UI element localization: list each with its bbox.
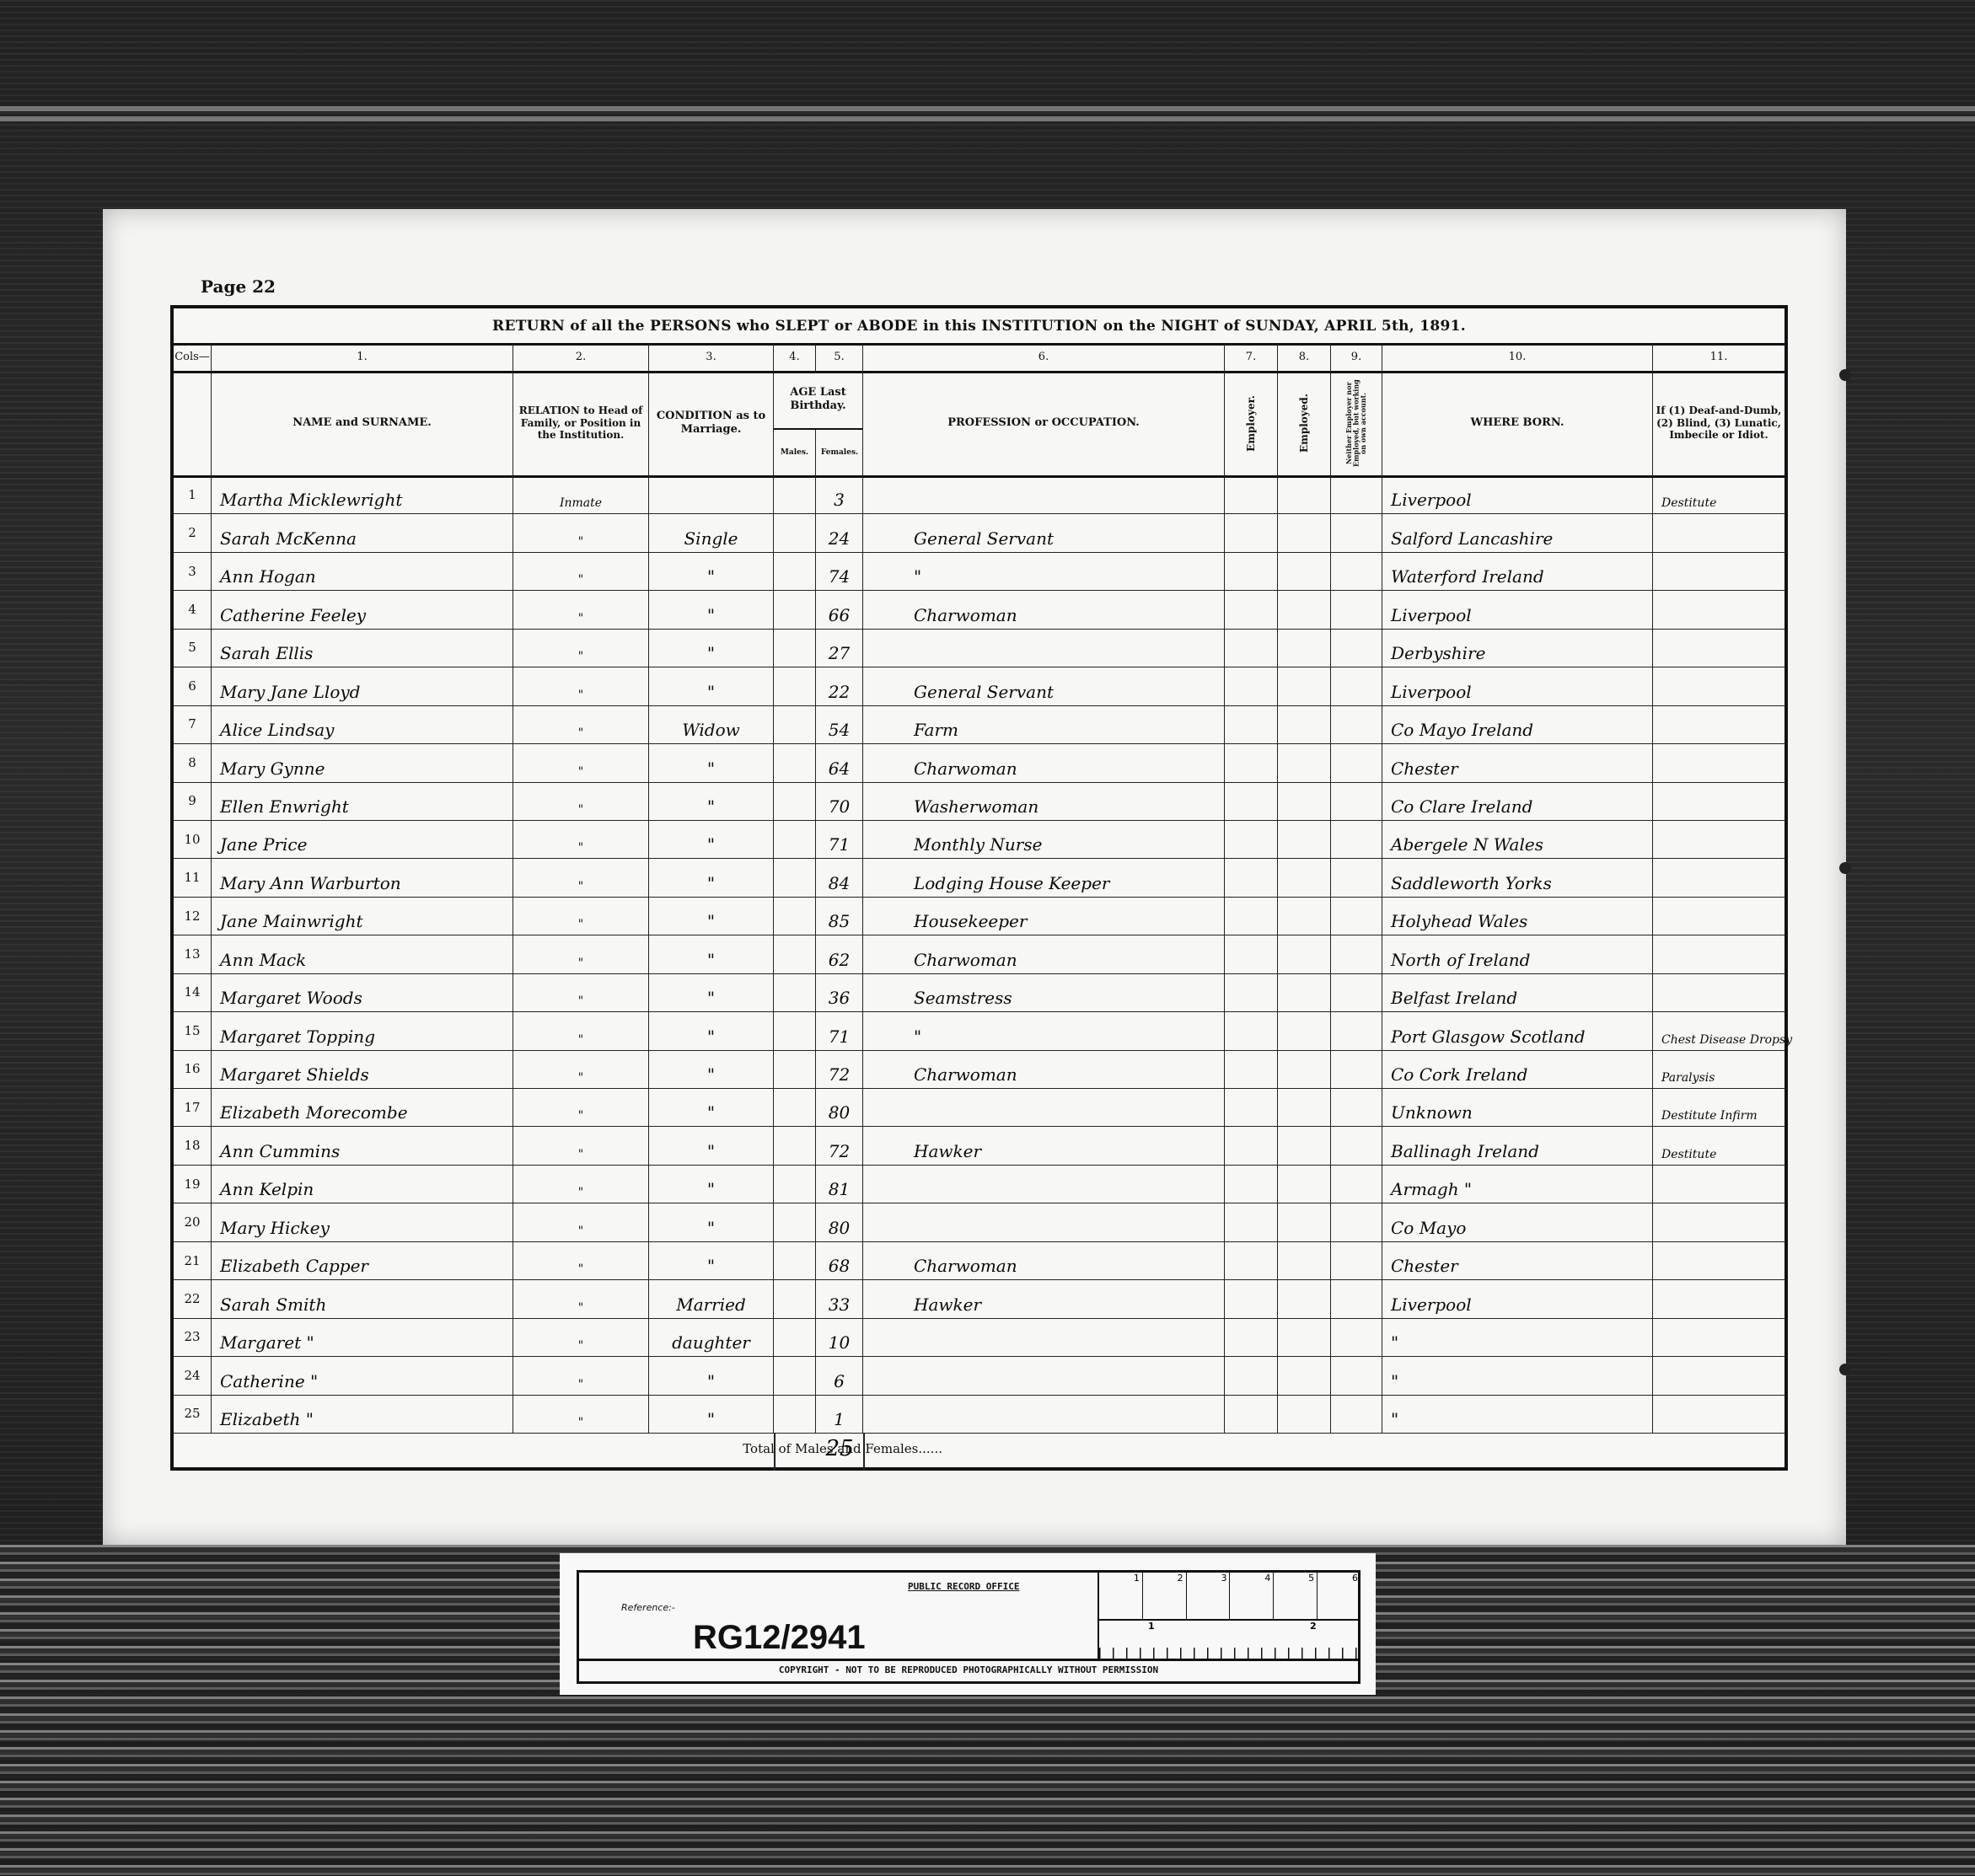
female-age: 74 bbox=[816, 552, 862, 590]
where-born: Co Mayo bbox=[1382, 1203, 1652, 1241]
occupation-cell: General Servant bbox=[863, 513, 1225, 551]
infirmity: Destitute bbox=[1653, 475, 1784, 513]
row-number: 11 bbox=[174, 858, 211, 896]
employed-cell-cell bbox=[1278, 1241, 1331, 1279]
header-infirmity: If (1) Deaf-and-Dumb, (2) Blind, (3) Lun… bbox=[1653, 371, 1784, 475]
condition: " bbox=[649, 667, 773, 705]
infirmity bbox=[1653, 1241, 1784, 1279]
person-name-cell: Martha Micklewright bbox=[212, 475, 513, 513]
employer-cell-cell bbox=[1225, 1395, 1278, 1433]
male-age bbox=[774, 1279, 815, 1317]
row-number: 18 bbox=[174, 1126, 211, 1164]
row-number-cell: 19 bbox=[174, 1165, 212, 1203]
person-name-cell: Jane Mainwright bbox=[212, 897, 513, 935]
male-age bbox=[774, 743, 815, 781]
table-row: 19Ann Kelpin""81Armagh " bbox=[174, 1165, 1784, 1203]
employed-cell-cell bbox=[1278, 1356, 1331, 1394]
employed-cell-cell bbox=[1278, 1088, 1331, 1126]
where-born-cell: Unknown bbox=[1382, 1088, 1653, 1126]
female-age: 27 bbox=[816, 629, 862, 667]
employer-cell-cell bbox=[1225, 935, 1278, 973]
person-name-cell: Margaret " bbox=[212, 1318, 513, 1356]
occupation: Hawker bbox=[863, 1279, 1224, 1317]
person-name: Mary Hickey bbox=[212, 1203, 513, 1241]
table-row: 23Margaret ""daughter10" bbox=[174, 1318, 1784, 1357]
row-number: 10 bbox=[174, 820, 211, 858]
where-born-cell: " bbox=[1382, 1356, 1653, 1394]
relation: " bbox=[513, 820, 648, 858]
infirmity bbox=[1653, 1356, 1784, 1394]
relation: " bbox=[513, 1165, 648, 1203]
where-born: Holyhead Wales bbox=[1382, 897, 1652, 935]
male-age bbox=[774, 782, 815, 820]
office-label: PUBLIC RECORD OFFICE bbox=[908, 1581, 1019, 1592]
person-name-cell: Elizabeth Morecombe bbox=[212, 1088, 513, 1126]
row-number-cell: 4 bbox=[174, 590, 212, 628]
male-age-cell bbox=[774, 1126, 816, 1164]
person-name-cell: Ann Kelpin bbox=[212, 1165, 513, 1203]
row-number-cell: 11 bbox=[174, 858, 212, 896]
relation: " bbox=[513, 1203, 648, 1241]
occupation bbox=[863, 1088, 1224, 1126]
person-name: Sarah McKenna bbox=[212, 513, 513, 551]
occupation-cell: Housekeeper bbox=[863, 897, 1225, 935]
table-row: 3Ann Hogan""74"Waterford Ireland bbox=[174, 552, 1784, 591]
row-number: 2 bbox=[174, 513, 211, 551]
female-age-cell: 1 bbox=[816, 1395, 863, 1433]
female-age: 72 bbox=[816, 1126, 862, 1164]
relation: " bbox=[513, 1395, 648, 1433]
female-age: 71 bbox=[816, 1011, 862, 1049]
infirmity bbox=[1653, 667, 1784, 705]
occupation: Seamstress bbox=[863, 973, 1224, 1011]
male-age bbox=[774, 667, 815, 705]
employer-cell-cell bbox=[1225, 897, 1278, 935]
copyright-notice: COPYRIGHT - NOT TO BE REPRODUCED PHOTOGR… bbox=[579, 1659, 1358, 1681]
occupation-cell: Charwoman bbox=[863, 743, 1225, 781]
occupation: Monthly Nurse bbox=[863, 820, 1224, 858]
person-name: Mary Ann Warburton bbox=[212, 858, 513, 896]
occupation-cell: Hawker bbox=[863, 1126, 1225, 1164]
occupation-cell: Charwoman bbox=[863, 1241, 1225, 1279]
person-name: Martha Micklewright bbox=[212, 475, 513, 513]
infirmity bbox=[1653, 820, 1784, 858]
male-age bbox=[774, 705, 815, 743]
male-age bbox=[774, 629, 815, 667]
infirmity-cell bbox=[1653, 1318, 1784, 1356]
employer-cell-cell bbox=[1225, 820, 1278, 858]
header-occupation: PROFESSION or OCCUPATION. bbox=[863, 371, 1224, 475]
relation-cell: " bbox=[513, 1050, 649, 1088]
own-account-cell-cell bbox=[1331, 1088, 1382, 1126]
condition: " bbox=[649, 1126, 773, 1164]
where-born: Co Mayo Ireland bbox=[1382, 705, 1652, 743]
employed-cell-cell bbox=[1278, 897, 1331, 935]
where-born: Salford Lancashire bbox=[1382, 513, 1652, 551]
male-age bbox=[774, 1050, 815, 1088]
reference-label: Reference:- bbox=[621, 1602, 675, 1613]
female-age-cell: 74 bbox=[816, 552, 863, 590]
own-account-cell-cell bbox=[1331, 590, 1382, 628]
where-born: " bbox=[1382, 1356, 1652, 1394]
relation-cell: Inmate bbox=[513, 475, 649, 513]
table-row: 1Martha MicklewrightInmate3LiverpoolDest… bbox=[174, 475, 1784, 514]
condition-cell: Widow bbox=[649, 705, 774, 743]
person-name: Elizabeth " bbox=[212, 1395, 513, 1433]
own-account-cell-cell bbox=[1331, 782, 1382, 820]
female-age-cell: 81 bbox=[816, 1165, 863, 1203]
employed-cell-cell bbox=[1278, 705, 1331, 743]
female-age: 10 bbox=[816, 1318, 862, 1356]
scan-band bbox=[0, 116, 1975, 121]
relation-cell: " bbox=[513, 667, 649, 705]
row-number-cell: 13 bbox=[174, 935, 212, 973]
where-born: Co Clare Ireland bbox=[1382, 782, 1652, 820]
male-age bbox=[774, 475, 815, 513]
employer-cell-cell bbox=[1225, 858, 1278, 896]
page-number: Page 22 bbox=[201, 276, 276, 297]
row-number-cell: 14 bbox=[174, 973, 212, 1011]
reference-slip: PUBLIC RECORD OFFICE Reference:- RG12/29… bbox=[560, 1553, 1376, 1695]
where-born-cell: Belfast Ireland bbox=[1382, 973, 1653, 1011]
female-age-cell: 22 bbox=[816, 667, 863, 705]
person-name: Alice Lindsay bbox=[212, 705, 513, 743]
own-account-cell-cell bbox=[1331, 935, 1382, 973]
col-num-2: 2. bbox=[513, 343, 648, 371]
own-account-cell-cell bbox=[1331, 820, 1382, 858]
infirmity-cell bbox=[1653, 1395, 1784, 1433]
own-account-cell-cell bbox=[1331, 1318, 1382, 1356]
person-name-cell: Mary Hickey bbox=[212, 1203, 513, 1241]
own-account-cell-cell bbox=[1331, 629, 1382, 667]
header-condition: CONDITION as to Marriage. bbox=[649, 371, 773, 475]
where-born-cell: Waterford Ireland bbox=[1382, 552, 1653, 590]
infirmity-cell bbox=[1653, 590, 1784, 628]
scale-tick-5: 5 bbox=[1274, 1573, 1318, 1619]
male-age-cell bbox=[774, 1011, 816, 1049]
relation-cell: " bbox=[513, 858, 649, 896]
employer-cell-cell bbox=[1225, 1088, 1278, 1126]
reference-box: PUBLIC RECORD OFFICE Reference:- RG12/29… bbox=[577, 1570, 1360, 1684]
condition-cell: " bbox=[649, 858, 774, 896]
relation: " bbox=[513, 743, 648, 781]
relation: " bbox=[513, 858, 648, 896]
infirmity-cell bbox=[1653, 897, 1784, 935]
condition-cell: " bbox=[649, 1050, 774, 1088]
where-born-cell: Saddleworth Yorks bbox=[1382, 858, 1653, 896]
infirmity bbox=[1653, 973, 1784, 1011]
employed-cell-cell bbox=[1278, 1011, 1331, 1049]
female-age-cell: 3 bbox=[816, 475, 863, 513]
occupation bbox=[863, 1395, 1224, 1433]
where-born: Unknown bbox=[1382, 1088, 1652, 1126]
condition-cell: " bbox=[649, 1241, 774, 1279]
person-name: Mary Gynne bbox=[212, 743, 513, 781]
col-num-10: 10. bbox=[1382, 343, 1652, 371]
row-number-cell: 10 bbox=[174, 820, 212, 858]
male-age bbox=[774, 552, 815, 590]
occupation bbox=[863, 629, 1224, 667]
relation: " bbox=[513, 590, 648, 628]
condition-cell: " bbox=[649, 1126, 774, 1164]
where-born: Chester bbox=[1382, 1241, 1652, 1279]
table-row: 22Sarah Smith"Married33HawkerLiverpool bbox=[174, 1279, 1784, 1318]
where-born-cell: Liverpool bbox=[1382, 667, 1653, 705]
male-age bbox=[774, 513, 815, 551]
female-age: 64 bbox=[816, 743, 862, 781]
row-number-cell: 9 bbox=[174, 782, 212, 820]
person-name-cell: Catherine " bbox=[212, 1356, 513, 1394]
where-born-cell: Armagh " bbox=[1382, 1165, 1653, 1203]
male-age-cell bbox=[774, 973, 816, 1011]
condition: " bbox=[649, 1088, 773, 1126]
where-born-cell: North of Ireland bbox=[1382, 935, 1653, 973]
infirmity bbox=[1653, 1318, 1784, 1356]
employer-cell-cell bbox=[1225, 1050, 1278, 1088]
own-account-cell-cell bbox=[1331, 1395, 1382, 1433]
where-born-cell: Liverpool bbox=[1382, 590, 1653, 628]
row-number-cell: 3 bbox=[174, 552, 212, 590]
occupation: " bbox=[863, 1011, 1224, 1049]
employed-cell-cell bbox=[1278, 629, 1331, 667]
relation-cell: " bbox=[513, 513, 649, 551]
female-age-cell: 64 bbox=[816, 743, 863, 781]
occupation-cell bbox=[863, 1088, 1225, 1126]
own-account-cell-cell bbox=[1331, 1126, 1382, 1164]
female-age-cell: 71 bbox=[816, 1011, 863, 1049]
relation: " bbox=[513, 782, 648, 820]
census-table: RETURN of all the PERSONS who SLEPT or A… bbox=[170, 305, 1788, 1471]
row-number-cell: 5 bbox=[174, 629, 212, 667]
occupation: Hawker bbox=[863, 1126, 1224, 1164]
occupation-cell: Monthly Nurse bbox=[863, 820, 1225, 858]
relation: " bbox=[513, 705, 648, 743]
occupation-cell: Farm bbox=[863, 705, 1225, 743]
col-num-8: 8. bbox=[1278, 343, 1330, 371]
condition-cell: " bbox=[649, 935, 774, 973]
cols-label: Cols— bbox=[174, 343, 211, 371]
male-age-cell bbox=[774, 782, 816, 820]
where-born-cell: Chester bbox=[1382, 743, 1653, 781]
relation-cell: " bbox=[513, 1165, 649, 1203]
female-age-cell: 80 bbox=[816, 1088, 863, 1126]
infirmity bbox=[1653, 1165, 1784, 1203]
row-number: 4 bbox=[174, 590, 211, 628]
row-number: 5 bbox=[174, 629, 211, 667]
infirmity bbox=[1653, 782, 1784, 820]
relation-cell: " bbox=[513, 590, 649, 628]
header-employed: Employed. bbox=[1298, 394, 1310, 453]
female-age: 81 bbox=[816, 1165, 862, 1203]
relation-cell: " bbox=[513, 743, 649, 781]
row-number: 21 bbox=[174, 1241, 211, 1279]
row-number: 15 bbox=[174, 1011, 211, 1049]
occupation: Lodging House Keeper bbox=[863, 858, 1224, 896]
where-born-cell: Co Mayo bbox=[1382, 1203, 1653, 1241]
binding-hole bbox=[1839, 862, 1851, 874]
employed-cell-cell bbox=[1278, 858, 1331, 896]
male-age bbox=[774, 1318, 815, 1356]
where-born: " bbox=[1382, 1395, 1652, 1433]
condition: " bbox=[649, 1356, 773, 1394]
infirmity-cell bbox=[1653, 1203, 1784, 1241]
infirmity: Destitute Infirm bbox=[1653, 1088, 1784, 1126]
infirmity-cell bbox=[1653, 935, 1784, 973]
own-account-cell-cell bbox=[1331, 897, 1382, 935]
employer-cell-cell bbox=[1225, 1126, 1278, 1164]
infirmity bbox=[1653, 705, 1784, 743]
female-age-cell: 24 bbox=[816, 513, 863, 551]
employer-cell-cell bbox=[1225, 1203, 1278, 1241]
row-number: 25 bbox=[174, 1395, 211, 1433]
relation: " bbox=[513, 552, 648, 590]
male-age bbox=[774, 1395, 815, 1433]
relation-cell: " bbox=[513, 1279, 649, 1317]
female-age: 62 bbox=[816, 935, 862, 973]
male-age-cell bbox=[774, 935, 816, 973]
col-num-6: 6. bbox=[863, 343, 1224, 371]
person-name: Jane Price bbox=[212, 820, 513, 858]
occupation-cell: Charwoman bbox=[863, 1050, 1225, 1088]
male-age-cell bbox=[774, 1203, 816, 1241]
condition: daughter bbox=[649, 1318, 773, 1356]
person-name-cell: Mary Jane Lloyd bbox=[212, 667, 513, 705]
male-age-cell bbox=[774, 820, 816, 858]
table-row: 15Margaret Topping""71"Port Glasgow Scot… bbox=[174, 1011, 1784, 1050]
female-age: 70 bbox=[816, 782, 862, 820]
infirmity-cell bbox=[1653, 667, 1784, 705]
where-born-cell: Co Clare Ireland bbox=[1382, 782, 1653, 820]
occupation-cell bbox=[863, 1203, 1225, 1241]
table-row: 9Ellen Enwright""70WasherwomanCo Clare I… bbox=[174, 782, 1784, 821]
occupation-cell: " bbox=[863, 1011, 1225, 1049]
table-row: 2Sarah McKenna"Single24General ServantSa… bbox=[174, 513, 1784, 552]
own-account-cell-cell bbox=[1331, 667, 1382, 705]
table-row: 10Jane Price""71Monthly NurseAbergele N … bbox=[174, 820, 1784, 859]
employed-cell-cell bbox=[1278, 1395, 1331, 1433]
row-number-cell: 18 bbox=[174, 1126, 212, 1164]
person-name: Elizabeth Morecombe bbox=[212, 1088, 513, 1126]
employer-cell-cell bbox=[1225, 1318, 1278, 1356]
female-age-cell: 84 bbox=[816, 858, 863, 896]
table-row: 7Alice Lindsay"Widow54FarmCo Mayo Irelan… bbox=[174, 705, 1784, 744]
where-born-cell: Derbyshire bbox=[1382, 629, 1653, 667]
male-age bbox=[774, 1011, 815, 1049]
employer-cell-cell bbox=[1225, 1165, 1278, 1203]
relation: " bbox=[513, 1279, 648, 1317]
where-born-cell: " bbox=[1382, 1395, 1653, 1433]
person-name-cell: Jane Price bbox=[212, 820, 513, 858]
row-number-cell: 8 bbox=[174, 743, 212, 781]
condition-cell: " bbox=[649, 1011, 774, 1049]
table-row: 21Elizabeth Capper""68CharwomanChester bbox=[174, 1241, 1784, 1280]
condition-cell: " bbox=[649, 629, 774, 667]
condition-cell: " bbox=[649, 1356, 774, 1394]
employed-cell-cell bbox=[1278, 743, 1331, 781]
relation: " bbox=[513, 1356, 648, 1394]
where-born: Waterford Ireland bbox=[1382, 552, 1652, 590]
female-age: 80 bbox=[816, 1088, 862, 1126]
own-account-cell-cell bbox=[1331, 475, 1382, 513]
female-age-cell: 85 bbox=[816, 897, 863, 935]
male-age-cell bbox=[774, 1356, 816, 1394]
reference-code: RG12/2941 bbox=[693, 1619, 866, 1657]
infirmity: Chest Disease Dropsy bbox=[1653, 1011, 1784, 1049]
male-age bbox=[774, 1088, 815, 1126]
person-name-cell: Sarah Ellis bbox=[212, 629, 513, 667]
infirmity-cell: Destitute bbox=[1653, 1126, 1784, 1164]
person-name-cell: Margaret Woods bbox=[212, 973, 513, 1011]
where-born-cell: Liverpool bbox=[1382, 1279, 1653, 1317]
person-name-cell: Sarah Smith bbox=[212, 1279, 513, 1317]
relation: " bbox=[513, 1088, 648, 1126]
male-age bbox=[774, 935, 815, 973]
infirmity bbox=[1653, 552, 1784, 590]
male-age-cell bbox=[774, 858, 816, 896]
header-relation: RELATION to Head of Family, or Position … bbox=[513, 371, 648, 475]
where-born: Port Glasgow Scotland bbox=[1382, 1011, 1652, 1049]
relation: " bbox=[513, 629, 648, 667]
table-body: 1Martha MicklewrightInmate3LiverpoolDest… bbox=[174, 475, 1784, 1433]
row-number-cell: 7 bbox=[174, 705, 212, 743]
female-age: 68 bbox=[816, 1241, 862, 1279]
header-employer: Employer. bbox=[1245, 395, 1257, 452]
infirmity bbox=[1653, 1203, 1784, 1241]
condition: " bbox=[649, 743, 773, 781]
binding-hole bbox=[1839, 1364, 1851, 1375]
male-age-cell bbox=[774, 475, 816, 513]
occupation-cell: " bbox=[863, 552, 1225, 590]
row-number: 24 bbox=[174, 1356, 211, 1394]
header-males: Males. bbox=[774, 430, 815, 475]
occupation-cell: Charwoman bbox=[863, 935, 1225, 973]
occupation bbox=[863, 1203, 1224, 1241]
person-name-cell: Alice Lindsay bbox=[212, 705, 513, 743]
male-age-cell bbox=[774, 1050, 816, 1088]
infirmity-cell bbox=[1653, 513, 1784, 551]
relation-cell: " bbox=[513, 973, 649, 1011]
binding-hole bbox=[1839, 369, 1851, 381]
occupation: General Servant bbox=[863, 667, 1224, 705]
male-age bbox=[774, 1203, 815, 1241]
where-born: Belfast Ireland bbox=[1382, 973, 1652, 1011]
female-age-cell: 54 bbox=[816, 705, 863, 743]
relation-cell: " bbox=[513, 897, 649, 935]
infirmity bbox=[1653, 629, 1784, 667]
row-number: 7 bbox=[174, 705, 211, 743]
occupation: Washerwoman bbox=[863, 782, 1224, 820]
own-account-cell-cell bbox=[1331, 513, 1382, 551]
employer-cell-cell bbox=[1225, 743, 1278, 781]
relation: " bbox=[513, 667, 648, 705]
relation: " bbox=[513, 1318, 648, 1356]
where-born: Liverpool bbox=[1382, 667, 1652, 705]
where-born-cell: Abergele N Wales bbox=[1382, 820, 1653, 858]
col-num-1: 1. bbox=[212, 343, 513, 371]
where-born-cell: Liverpool bbox=[1382, 475, 1653, 513]
infirmity-cell bbox=[1653, 1165, 1784, 1203]
own-account-cell-cell bbox=[1331, 552, 1382, 590]
scale-tick-3: 3 bbox=[1187, 1573, 1231, 1619]
employed-cell-cell bbox=[1278, 475, 1331, 513]
row-number: 17 bbox=[174, 1088, 211, 1126]
total-row: Total of Males and Females...... 25 bbox=[174, 1433, 1784, 1471]
male-age bbox=[774, 820, 815, 858]
condition: " bbox=[649, 1165, 773, 1203]
occupation-cell: Charwoman bbox=[863, 590, 1225, 628]
infirmity-cell bbox=[1653, 1241, 1784, 1279]
own-account-cell-cell bbox=[1331, 858, 1382, 896]
